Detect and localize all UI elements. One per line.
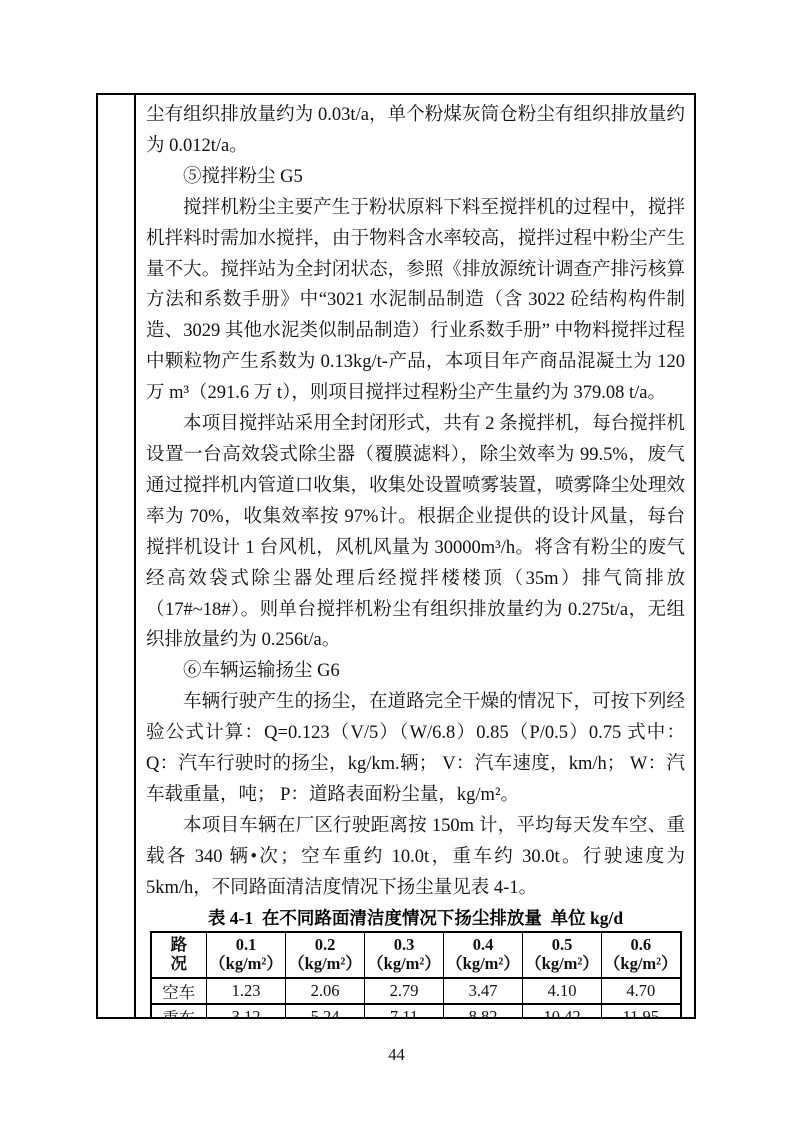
table-header-col-0.3: 0.3（kg/m²） (365, 932, 444, 978)
paragraph-silo-dust-continuation: 尘有组织排放量约为 0.03t/a，单个粉煤灰筒仓粉尘有组织排放量约为 0.01… (146, 100, 685, 162)
paragraph-vehicle-dust-formula: 车辆行驶产生的扬尘，在道路完全干燥的情况下，可按下列经验公式计算：Q=0.123… (146, 687, 685, 811)
paragraph-vehicle-travel-params: 本项目车辆在厂区行驶距离按 150m 计，平均每天发车空、重载各 340 辆•次… (146, 811, 685, 904)
document-page: 尘有组织排放量约为 0.03t/a，单个粉煤灰筒仓粉尘有组织排放量约为 0.01… (0, 0, 793, 1122)
table-cell: 4.70 (602, 978, 681, 1004)
table-header-col-0.6: 0.6（kg/m²） (602, 932, 681, 978)
table-cell: 3.47 (444, 978, 523, 1004)
table-cell: 3.12 (207, 1004, 286, 1017)
row-label: 空车 (151, 978, 207, 1004)
table-cell: 4.10 (523, 978, 602, 1004)
table-header-col-0.2: 0.2（kg/m²） (286, 932, 365, 978)
table-cell: 11.95 (602, 1004, 681, 1017)
table-row-heavy-truck: 重车 3.12 5.24 7.11 8.82 10.42 11.95 (151, 1004, 681, 1017)
dust-emission-table: 路况 0.1（kg/m²） 0.2（kg/m²） 0.3（kg/m²） 0.4（… (150, 931, 682, 1017)
page-number: 44 (0, 1045, 793, 1065)
table-cell: 10.42 (523, 1004, 602, 1017)
heading-mixing-dust-g5: ⑤搅拌粉尘 G5 (146, 162, 685, 193)
paragraph-mixing-dust-generation: 搅拌机粉尘主要产生于粉状原料下料至搅拌机的过程中，搅拌机拌料时需加水搅拌，由于物… (146, 193, 685, 409)
paragraph-mixing-station-treatment: 本项目搅拌站采用全封闭形式，共有 2 条搅拌机，每台搅拌机设置一台高效袋式除尘器… (146, 409, 685, 656)
table-cell: 2.79 (365, 978, 444, 1004)
table-cell: 8.82 (444, 1004, 523, 1017)
table-cell: 1.23 (207, 978, 286, 1004)
heading-vehicle-dust-g6: ⑥车辆运输扬尘 G6 (146, 656, 685, 687)
table-cell: 5.24 (286, 1004, 365, 1017)
table-cell: 2.06 (286, 978, 365, 1004)
table-header-col-0.5: 0.5（kg/m²） (523, 932, 602, 978)
table-title: 表 4-1 在不同路面清洁度情况下扬尘排放量 单位 kg/d (146, 907, 685, 929)
content-frame: 尘有组织排放量约为 0.03t/a，单个粉煤灰筒仓粉尘有组织排放量约为 0.01… (96, 93, 696, 1019)
table-row-empty-truck: 空车 1.23 2.06 2.79 3.47 4.10 4.70 (151, 978, 681, 1004)
frame-main-column: 尘有组织排放量约为 0.03t/a，单个粉煤灰筒仓粉尘有组织排放量约为 0.01… (136, 95, 694, 1017)
table-header-row: 路况 0.1（kg/m²） 0.2（kg/m²） 0.3（kg/m²） 0.4（… (151, 932, 681, 978)
table-cell: 7.11 (365, 1004, 444, 1017)
row-label: 重车 (151, 1004, 207, 1017)
frame-left-column (98, 95, 136, 1017)
table-header-col-0.4: 0.4（kg/m²） (444, 932, 523, 978)
table-header-road-condition: 路况 (151, 932, 207, 978)
table-header-col-0.1: 0.1（kg/m²） (207, 932, 286, 978)
